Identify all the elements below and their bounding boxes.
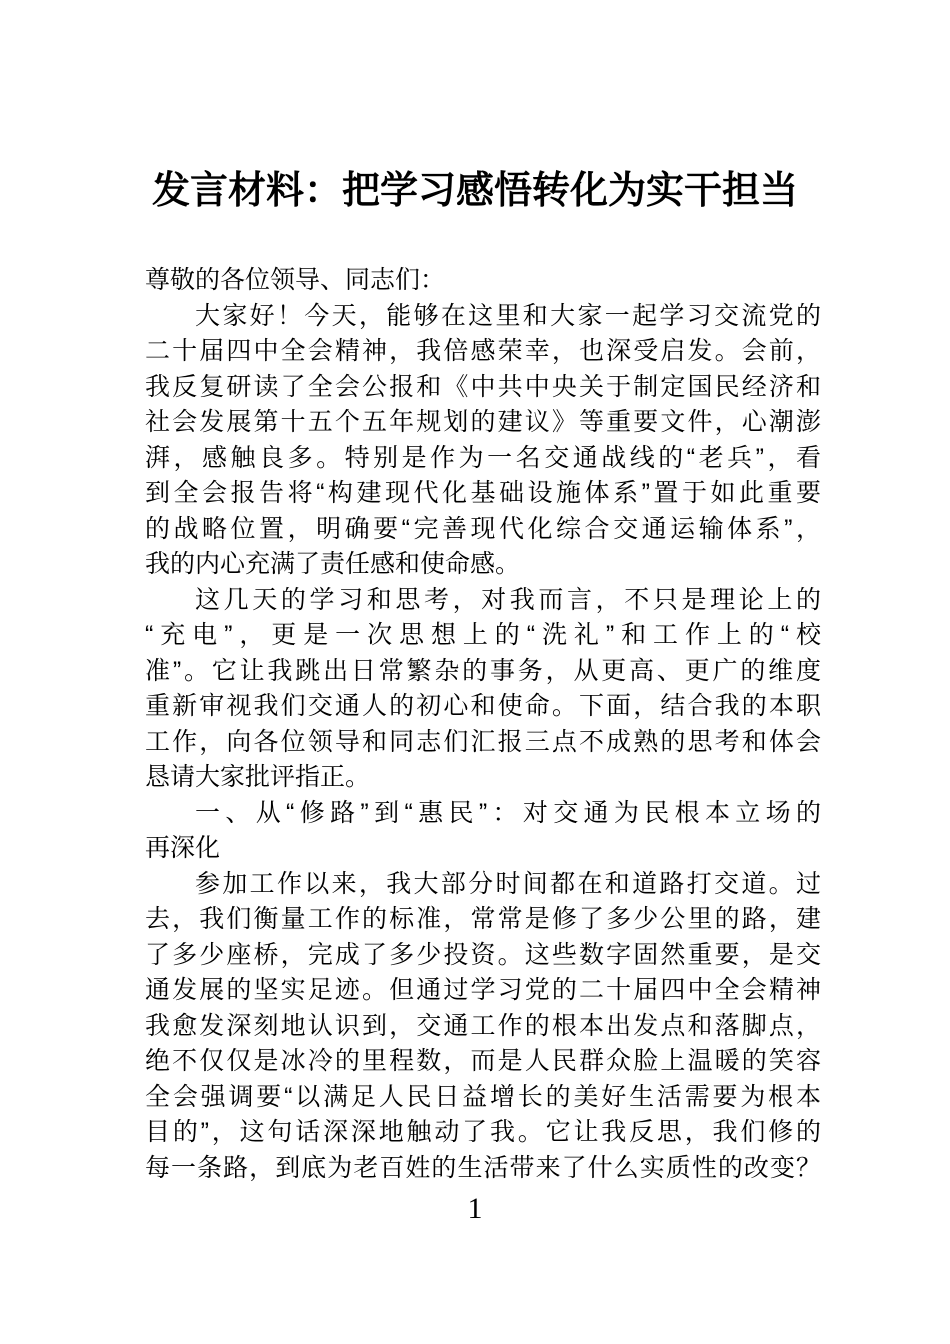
salutation: 尊敬的各位领导、同志们：	[145, 263, 821, 299]
section-heading: 再深化	[145, 831, 821, 867]
text-line: 重新审视我们交通人的初心和使命。下面，结合我的本职	[145, 689, 821, 725]
text-line: 目的”，这句话深深地触动了我。它让我反思，我们修的	[145, 1115, 821, 1151]
text-line: 的战略位置，明确要“完善现代化综合交通运输体系”，	[145, 512, 821, 548]
text-line: 我的内心充满了责任感和使命感。	[145, 547, 821, 583]
document-title: 发言材料：把学习感悟转化为实干担当	[0, 0, 950, 214]
text-line: 工作，向各位领导和同志们汇报三点不成熟的思考和体会	[145, 725, 821, 761]
text-line: 我愈发深刻地认识到，交通工作的根本出发点和落脚点，	[145, 1009, 821, 1045]
text-line: 社会发展第十五个五年规划的建议》等重要文件，心潮澎	[145, 405, 821, 441]
text-line: 绝不仅仅是冰冷的里程数，而是人民群众脸上温暖的笑容	[145, 1044, 821, 1080]
text-line: 去，我们衡量工作的标准，常常是修了多少公里的路，建	[145, 902, 821, 938]
section-heading: 一、从“修路”到“惠民”：对交通为民根本立场的	[145, 796, 821, 832]
text-line: 我反复研读了全会公报和《中共中央关于制定国民经济和	[145, 370, 821, 406]
text-line: 参加工作以来，我大部分时间都在和道路打交道。过	[145, 867, 821, 903]
text-line: 到全会报告将“构建现代化基础设施体系”置于如此重要	[145, 476, 821, 512]
document-body: 尊敬的各位领导、同志们：大家好！今天，能够在这里和大家一起学习交流党的二十届四中…	[145, 263, 821, 1186]
text-line: 了多少座桥，完成了多少投资。这些数字固然重要，是交	[145, 938, 821, 974]
text-line: 通发展的坚实足迹。但通过学习党的二十届四中全会精神	[145, 973, 821, 1009]
text-line: 恳请大家批评指正。	[145, 760, 821, 796]
text-line: 准”。它让我跳出日常繁杂的事务，从更高、更广的维度	[145, 654, 821, 690]
document-page: 发言材料：把学习感悟转化为实干担当 尊敬的各位领导、同志们：大家好！今天，能够在…	[0, 0, 950, 1344]
text-line: 每一条路，到底为老百姓的生活带来了什么实质性的改变？	[145, 1151, 821, 1187]
text-line: 湃，感触良多。特别是作为一名交通战线的“老兵”，看	[145, 441, 821, 477]
page-number: 1	[0, 1191, 950, 1227]
text-line: 大家好！今天，能够在这里和大家一起学习交流党的	[145, 299, 821, 335]
text-line: “充电”，更是一次思想上的“洗礼”和工作上的“校	[145, 618, 821, 654]
text-line: 全会强调要“以满足人民日益增长的美好生活需要为根本	[145, 1080, 821, 1116]
text-line: 这几天的学习和思考，对我而言，不只是理论上的	[145, 583, 821, 619]
text-line: 二十届四中全会精神，我倍感荣幸，也深受启发。会前，	[145, 334, 821, 370]
